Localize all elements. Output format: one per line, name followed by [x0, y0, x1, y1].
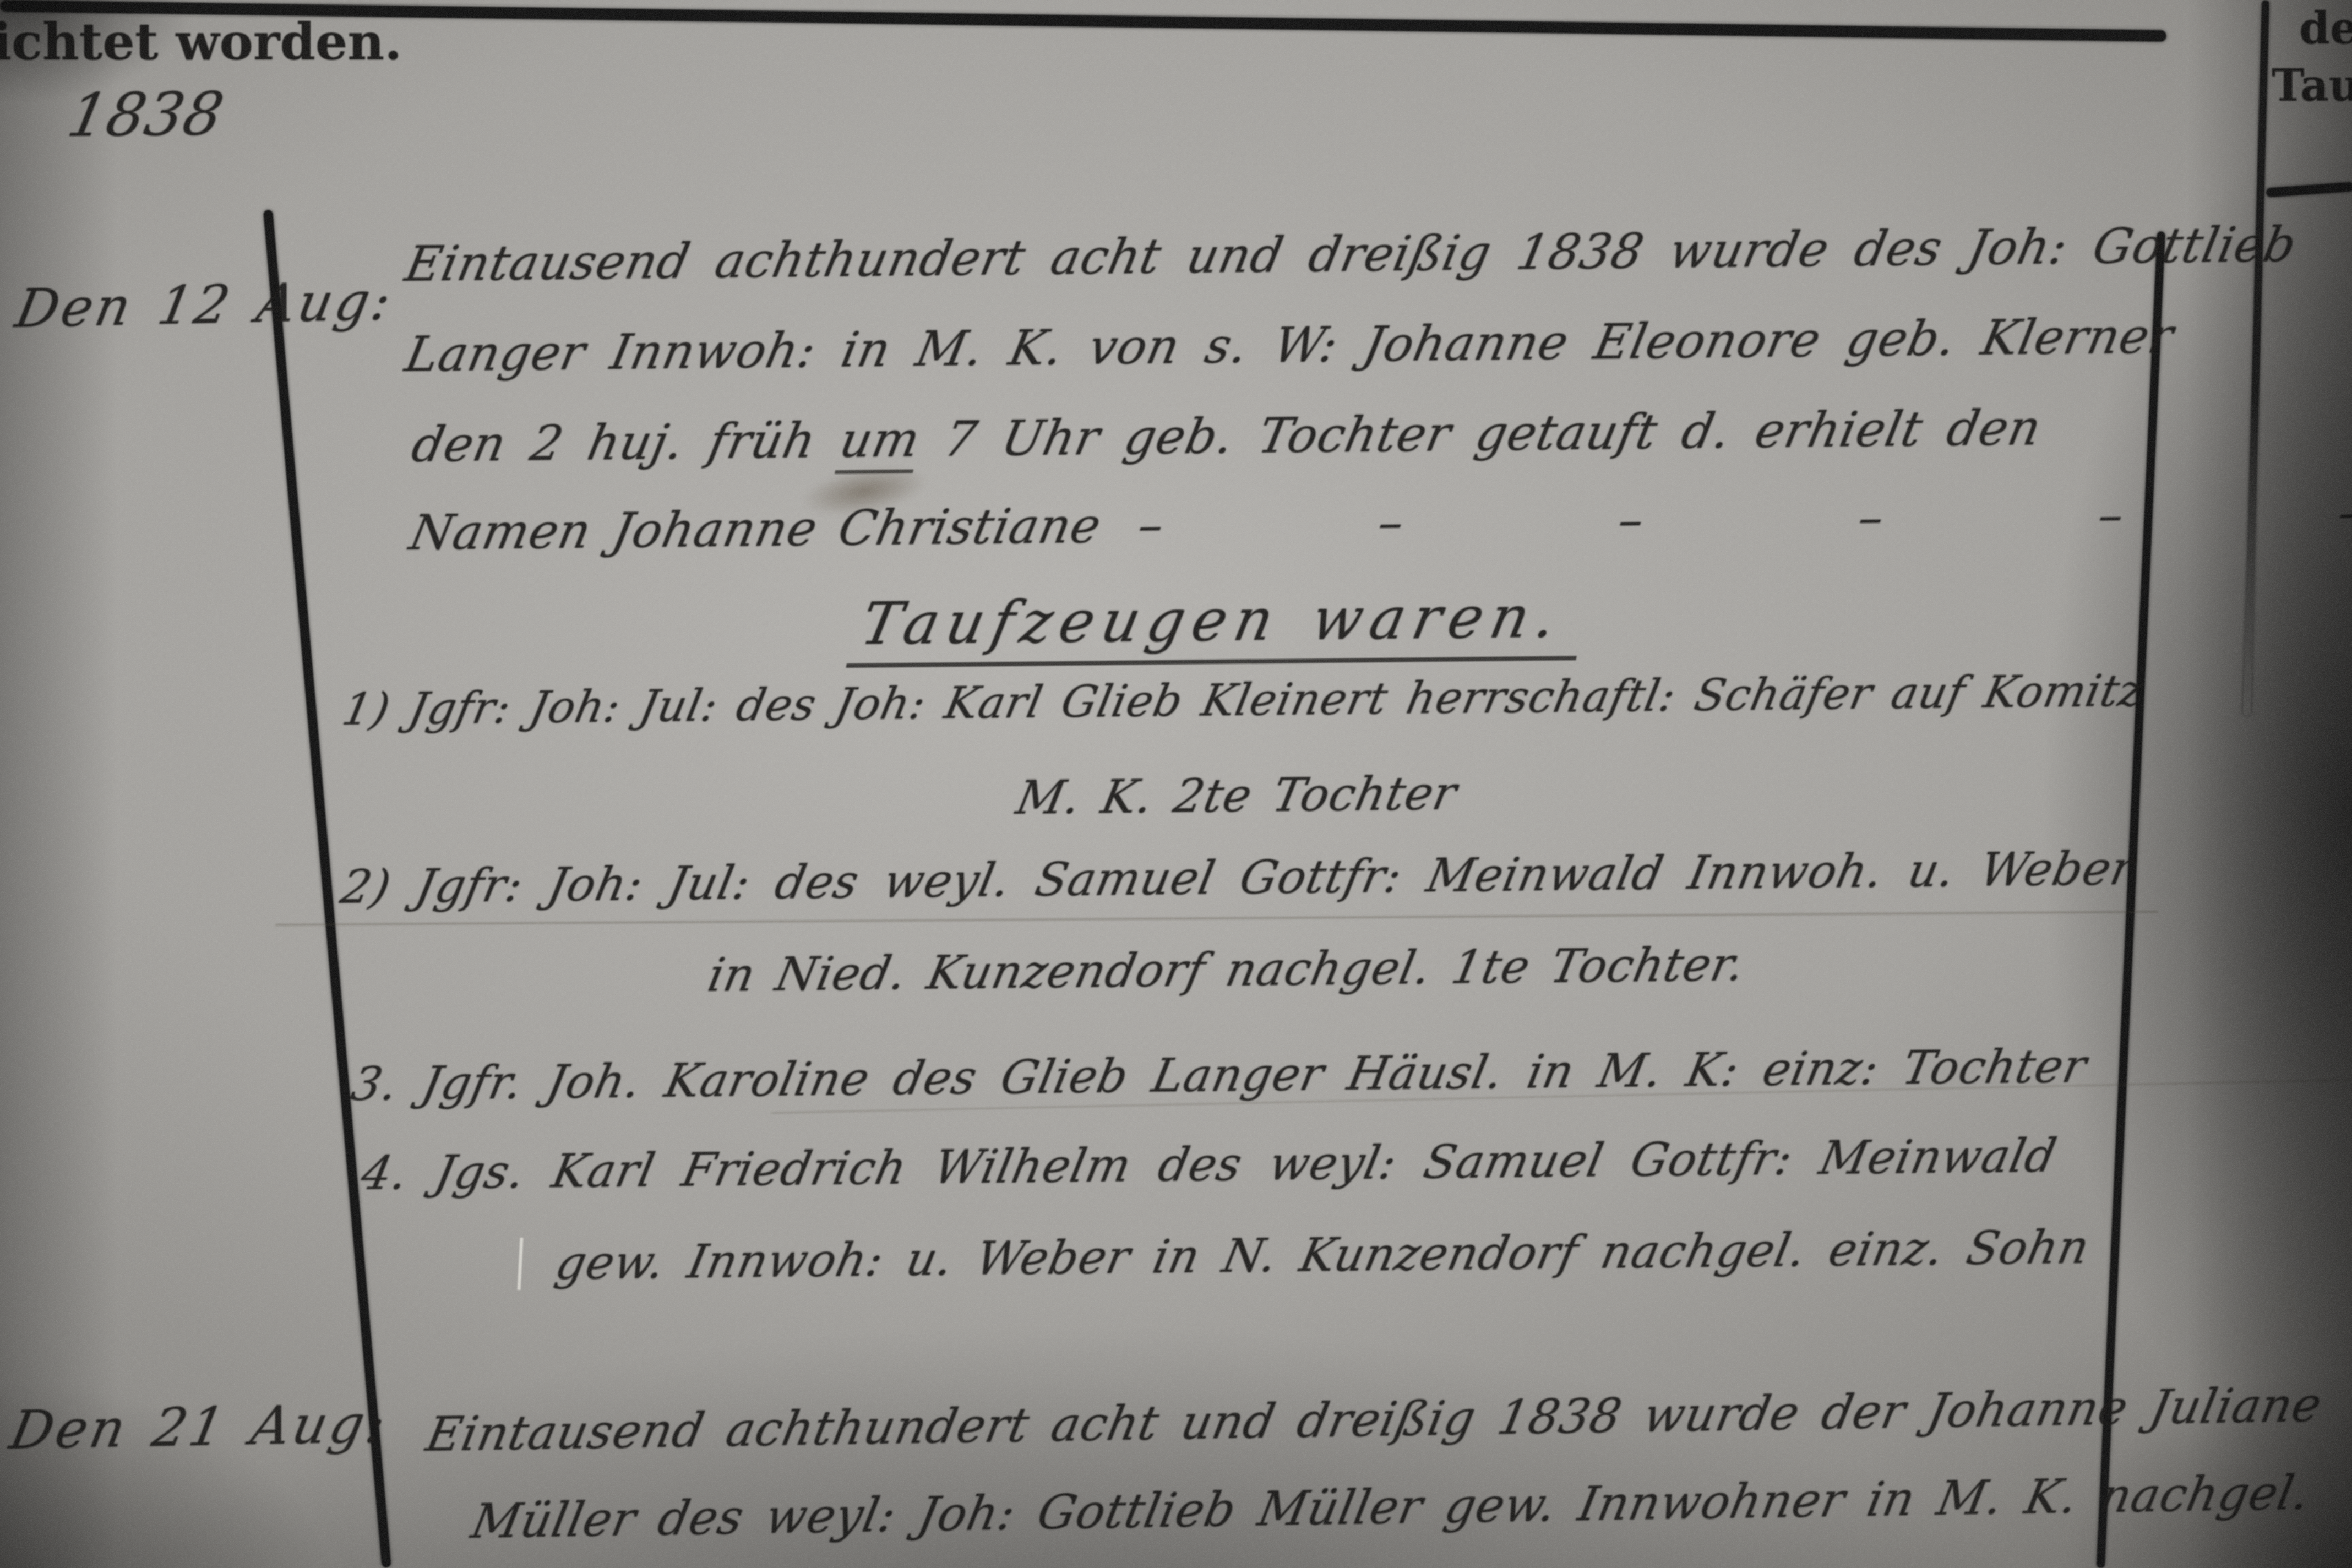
year-label: 1838 [62, 80, 230, 150]
paper-crease [275, 911, 2158, 926]
printed-header-fragment: ichtet worden. [0, 12, 402, 72]
entry1-line1: Eintausend achthundert acht und dreißig … [401, 216, 2301, 292]
entry-date-1: Den 12 Aug: [11, 270, 399, 340]
witness-4-line-1: 4. Jgs. Karl Friedrich Wilhelm des weyl:… [357, 1129, 2061, 1200]
entry1-line4-text: Namen Johanne Christiane [405, 497, 1106, 561]
right-column-header-word-2: Tau [2272, 59, 2352, 111]
witness-2-line-1: 2) Jgfr: Joh: Jul: des weyl. Samuel Gott… [336, 841, 2139, 914]
witness-heading: Taufzeugen waren. [848, 582, 1592, 658]
entry1-line3-underlined-word: um [834, 411, 925, 474]
witness-3-line-1: 3. Jgfr. Joh. Karoline des Glieb Langer … [347, 1039, 2092, 1111]
column-rule-far-right [2243, 0, 2269, 716]
witness-heading-text: Taufzeugen waren. [846, 582, 1591, 668]
entry2-line1: Eintausend achthundert acht und dreißig … [422, 1378, 2327, 1462]
entry1-line3-pre: den 2 huj. früh [407, 412, 847, 473]
entry1-line2: Langer Innwoh: in M. K. von s. W: Johann… [401, 307, 2179, 383]
witness-1-line-2: M. K. 2te Tochter [1012, 766, 1462, 825]
entry1-line3-post: 7 Uhr geb. Tochter getauft d. erhielt de… [913, 399, 2046, 468]
entry2-line2: Müller des weyl: Joh: Gottlieb Müller ge… [467, 1465, 2315, 1549]
photo-layer: ichtet worden. der Tau 1838 Den 12 Aug: … [0, 0, 2352, 1568]
witness-1-line-1: 1) Jgfr: Joh: Jul: des Joh: Karl Glieb K… [338, 665, 2148, 735]
right-column-header-rule [2266, 182, 2352, 197]
entry1-line4: Namen Johanne Christiane– – – – – – [405, 484, 2352, 561]
entry1-line3: den 2 huj. früh um 7 Uhr geb. Tochter ge… [407, 399, 2046, 473]
entry1-line4-filler-dashes: – – – – – – [1133, 484, 2352, 554]
paper-scratch [518, 1238, 524, 1290]
register-page-photo: ichtet worden. der Tau 1838 Den 12 Aug: … [0, 0, 2352, 1568]
witness-2-line-2: in Nied. Kunzendorf nachgel. 1te Tochter… [704, 937, 1750, 1002]
right-column-header-word-1: der [2299, 2, 2352, 54]
entry-date-2: Den 21 Aug: [6, 1393, 393, 1461]
witness-4-line-2: gew. Innwoh: u. Weber in N. Kunzendorf n… [551, 1220, 2094, 1290]
column-rule-right [2097, 231, 2165, 1568]
